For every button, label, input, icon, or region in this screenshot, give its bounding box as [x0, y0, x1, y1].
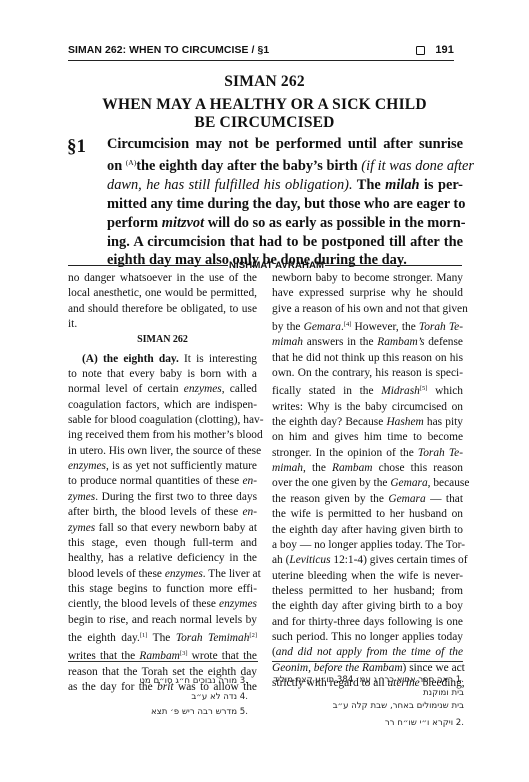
commentary-line: stronger. In the opinion of the Torah Te…: [272, 446, 463, 461]
running-header-title: SIMAN 262: WHEN TO CIRCUMCISE / §1: [68, 45, 269, 56]
commentary-line: the eighth day after having given birth …: [272, 523, 463, 538]
commentary-line: by the Gemara.[4] However, the Torah Te-: [272, 317, 463, 335]
commentary-line: on him and gives him time to become: [272, 430, 463, 445]
commentary-line: to produce normal quantities of these en…: [68, 474, 257, 489]
commentary-line: sable for blood coagulation (clotting), …: [68, 413, 257, 428]
commentary-divider: NISHMAT AVRAHAM: [68, 259, 462, 271]
commentary-line: normal level of certain enzymes, called: [68, 382, 257, 397]
commentary-line: the reason given by the Gemara — that: [272, 492, 463, 507]
siman-title-line-2: BE CIRCUMCISED: [0, 114, 529, 132]
footnote-rule-left: [68, 661, 258, 662]
footnote-ref[interactable]: [4]: [344, 321, 352, 328]
commentary-line: a boy — no longer applies today. The Tor…: [272, 538, 463, 553]
left-column-intro: no danger whatsoever in the use of thelo…: [68, 271, 257, 332]
commentary-line: the eighth day.[1] The Torah Temimah[2]: [68, 628, 257, 646]
commentary-line: uterine bleeding when the wife is never-: [272, 569, 463, 584]
commentary-line: such period. This no longer applies toda…: [272, 630, 463, 645]
commentary-subheading: SIMAN 262: [68, 332, 257, 347]
footnote-ref[interactable]: [2]: [249, 632, 257, 639]
section-line: on (A)the eighth day after the baby’s bi…: [107, 154, 463, 176]
commentary-line: it.: [68, 317, 257, 332]
commentary-line: the eighth day? Because Hashem has pity: [272, 415, 463, 430]
footnote-rule-right: [272, 661, 463, 662]
divider-line: [68, 265, 228, 266]
commentary-line: fically stated in the Midrash[5] which: [272, 381, 463, 399]
footnotes-right: 1. ראה ספר אסיא כרך ג עמ׳ 384 תו״ע קצת מ…: [272, 674, 464, 730]
commentary-line: and should therefore be obligated, to us…: [68, 302, 257, 317]
page-number: 191: [435, 44, 454, 56]
commentary-line: this stage begins to function more effi-: [68, 582, 257, 597]
commentary-line: enzymes, is as yet not sufficiently matu…: [68, 459, 257, 474]
commentary-line: and for thirty-three days following is o…: [272, 615, 463, 630]
section-line: dawn, he has still fulfilled his obligat…: [107, 176, 463, 195]
section-1-body: Circumcision may not be performed until …: [107, 135, 463, 270]
commentary-line: zymes. During the first two to three day…: [68, 490, 257, 505]
commentary-label: NISHMAT AVRAHAM: [228, 260, 325, 271]
section-line: mitted any time during the day, but thos…: [107, 195, 463, 214]
commentary-line: after birth, the blood levels of these e…: [68, 505, 257, 520]
commentary-line: local anesthetic, one would be permitted…: [68, 286, 257, 301]
commentary-line: zymes fall so that every newborn baby at: [68, 521, 257, 536]
commentary-line: ciently, the blood levels of these enzym…: [68, 597, 257, 612]
siman-heading: SIMAN 262: [0, 73, 529, 91]
commentary-line: (and did not apply from the time of the: [272, 645, 463, 660]
commentary-line: coagulation factors, which are indispen-: [68, 398, 257, 413]
commentary-line: in utero. His own liver, the source of t…: [68, 444, 257, 459]
book-page: SIMAN 262: WHEN TO CIRCUMCISE / §1 191 S…: [0, 0, 529, 782]
section-line: ing. A circumcision that had to be postp…: [107, 233, 463, 252]
commentary-line: own. On the contrary, his reason is spec…: [272, 366, 463, 381]
footnote-1: 1. ראה ספר אסיא כרך ג עמ׳ 384 תו״ע קצת מ…: [272, 674, 464, 700]
footnote-ref[interactable]: [5]: [420, 385, 428, 392]
running-header-right: 191: [416, 44, 454, 56]
footnote-2: 2. ויקרא ו״י שו״ח רר: [272, 717, 464, 730]
commentary-line: to note that every baby is born with a: [68, 367, 257, 382]
commentary-line: over the one given by the Gemara, becaus…: [272, 476, 463, 491]
commentary-line: ing received them from his mother’s bloo…: [68, 428, 257, 443]
footnote-ref[interactable]: [3]: [180, 650, 188, 657]
footnote-3: 3. מורה נבוכים ח״ג סו״ם מט: [68, 674, 258, 690]
running-header: SIMAN 262: WHEN TO CIRCUMCISE / §1 191: [68, 42, 454, 61]
commentary-line: give a reason of his own and not that gi…: [272, 302, 463, 317]
commentary-left-column: no danger whatsoever in the use of thelo…: [68, 271, 257, 695]
commentary-line: mimah answers in the Rambam’s defense: [272, 335, 463, 350]
commentary-line: the wife is permitted to her husband on: [272, 507, 463, 522]
commentary-lemma: (A) the eighth day.: [82, 353, 179, 365]
commentary-line: no danger whatsoever in the use of the: [68, 271, 257, 286]
divider-line: [325, 265, 462, 266]
footnote-continuation: בית שנימולים באחר, שבת קלה ע״ב: [272, 700, 464, 713]
square-bullet-icon: [416, 46, 425, 55]
commentary-line: theless permitted to her husband; from: [272, 584, 463, 599]
commentary-line: ah (Leviticus 12:1-4) gives certain time…: [272, 553, 463, 568]
commentary-line: (A) the eighth day. It is interesting: [68, 352, 257, 367]
footnote-ref[interactable]: [1]: [140, 632, 148, 639]
commentary-line: blood levels of these enzymes. The liver…: [68, 567, 257, 582]
section-line: perform mitzvot will do so as early as p…: [107, 214, 463, 233]
commentary-line: newborn baby to become stronger. Many: [272, 271, 463, 286]
commentary-right-column: newborn baby to become stronger. Manyhav…: [272, 271, 463, 691]
note-ref-A[interactable]: (A): [126, 158, 136, 167]
left-column-body: (A) the eighth day. It is interestingto …: [68, 352, 257, 696]
footnotes-left: 3. מורה נבוכים ח״ג סו״ם מט4. נדה לא ע״ב5…: [68, 674, 258, 721]
footnote-5: 5. מדרש רבה ריש פ׳ תצא: [68, 705, 258, 721]
commentary-line: that he did not think up this reason on …: [272, 351, 463, 366]
commentary-line: the eighth day after giving birth to a b…: [272, 599, 463, 614]
siman-title: WHEN MAY A HEALTHY OR A SICK CHILD BE CI…: [0, 96, 529, 132]
section-mark: §1: [67, 136, 86, 158]
commentary-line: have expressed surprise why he should: [272, 286, 463, 301]
section-line: Circumcision may not be performed until …: [107, 135, 463, 154]
commentary-line: mimah, the Rambam chose this reason: [272, 461, 463, 476]
commentary-line: healthy, has a relative deficiency in th…: [68, 551, 257, 566]
commentary-line: this stage, even though full-term and: [68, 536, 257, 551]
commentary-line: writes: Why is the baby circumcised on: [272, 400, 463, 415]
commentary-line: begin to rise, and reach normal levels b…: [68, 613, 257, 628]
siman-title-line-1: WHEN MAY A HEALTHY OR A SICK CHILD: [0, 96, 529, 114]
footnote-4: 4. נדה לא ע״ב: [68, 690, 258, 706]
